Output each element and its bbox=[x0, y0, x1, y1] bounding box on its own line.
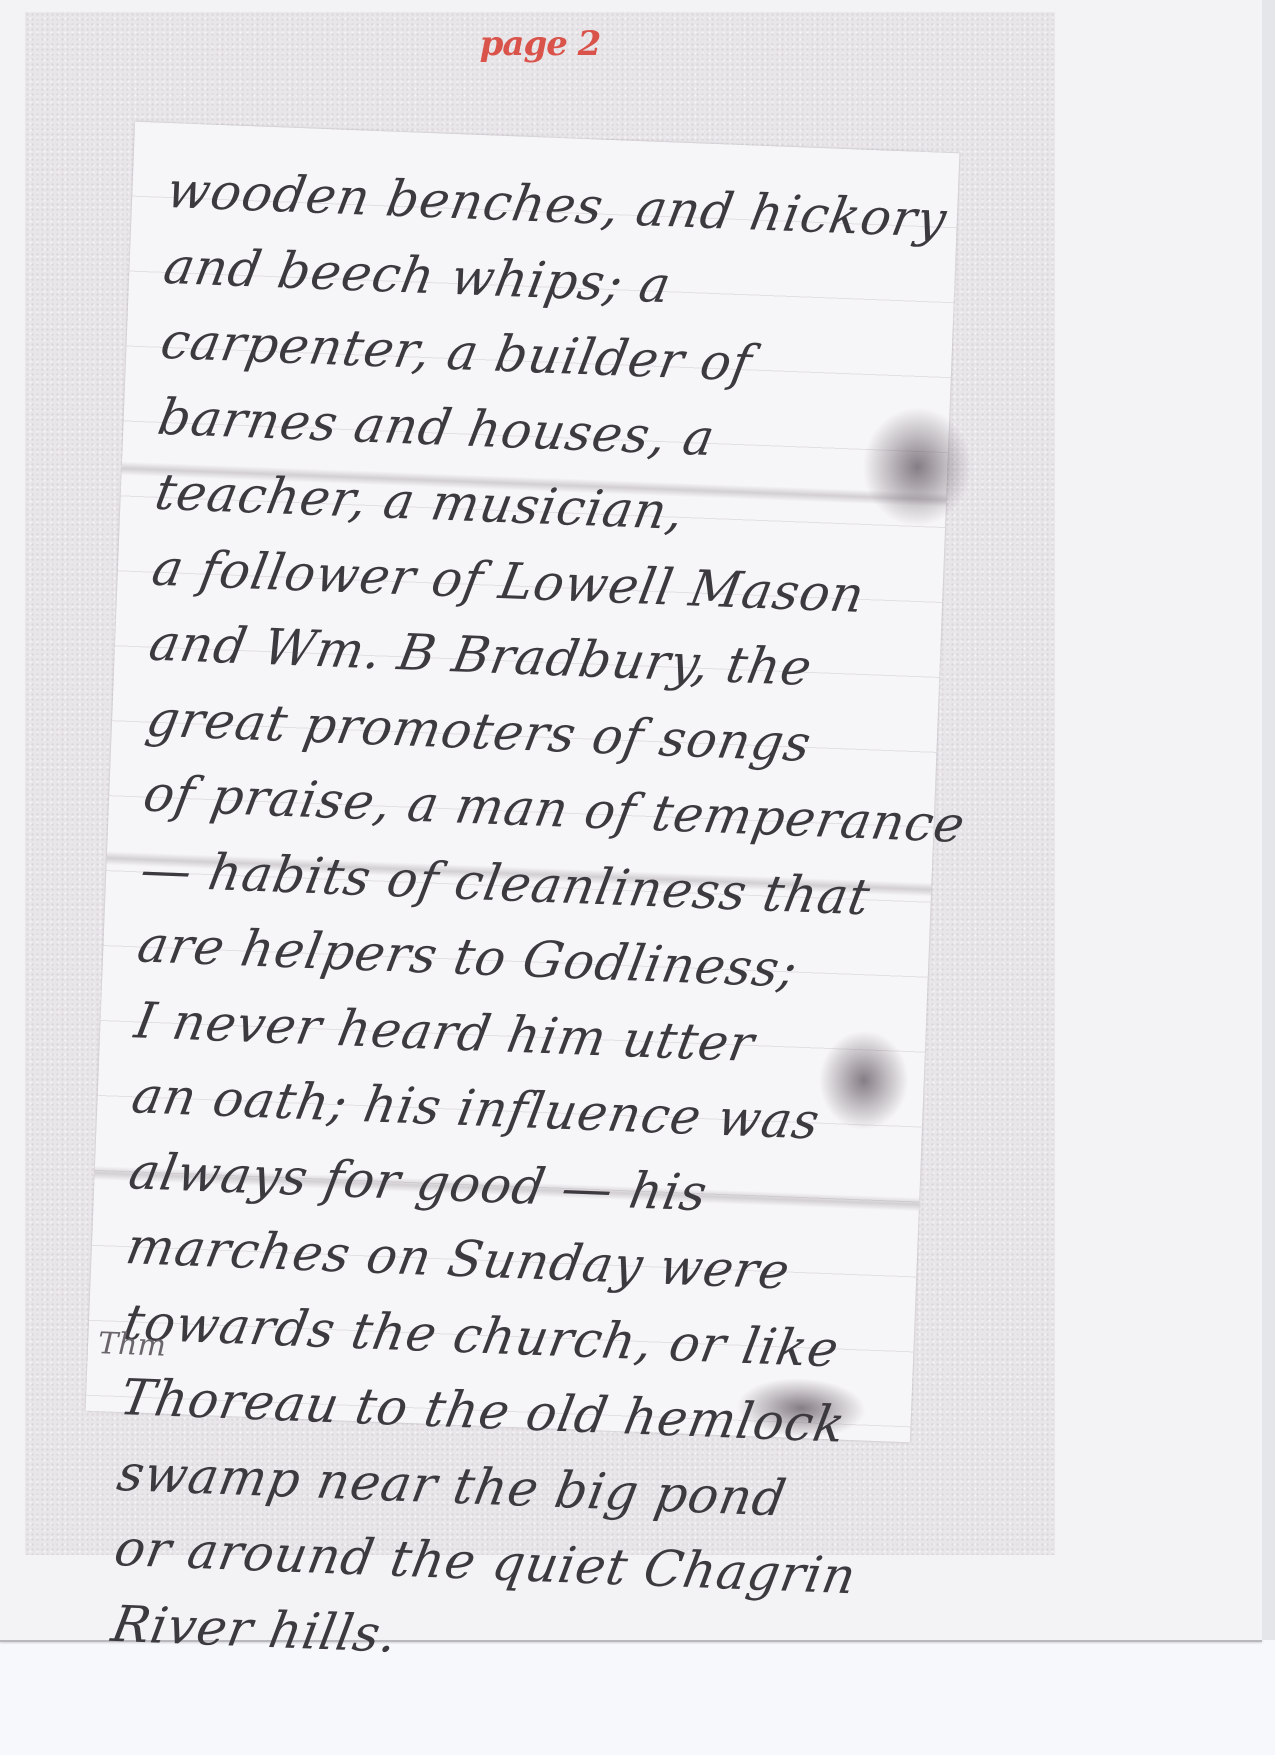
handwritten-note: wooden benches, and hickory and beech wh… bbox=[86, 122, 960, 1443]
page-number-label: page 2 bbox=[25, 24, 1055, 64]
signoff-mark: Thm bbox=[97, 1326, 166, 1364]
scanner-edge bbox=[1262, 0, 1275, 1640]
scanned-sheet: page 2 wooden benches, and hickory and b… bbox=[0, 0, 1262, 1642]
handwritten-text: wooden benches, and hickory and beech wh… bbox=[111, 153, 933, 1691]
printed-page-area: page 2 wooden benches, and hickory and b… bbox=[25, 12, 1055, 1555]
